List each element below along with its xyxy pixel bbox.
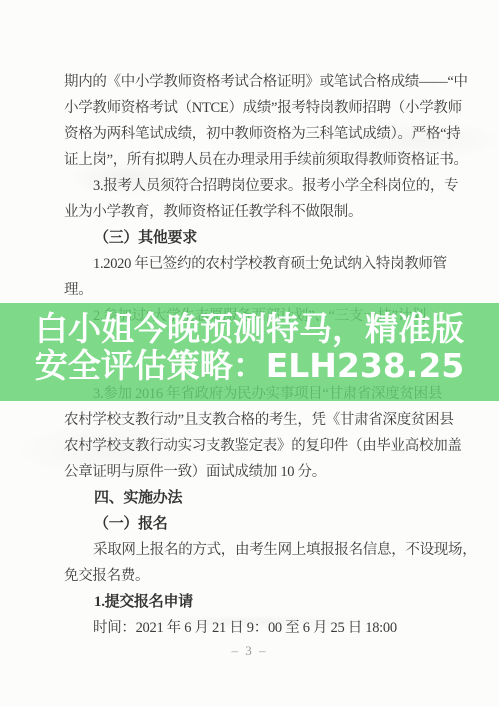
document-line: 农村学校支教行动”且支教合格的考生，凭《甘肃省深度贫困县 — [64, 407, 442, 433]
document-line: 业为小学教育，教师资格证任教学科不做限制。 — [64, 199, 442, 225]
document-page: 期内的《中小学教师资格考试合格证明》或笔试合格成绩——“中 小学教师资格考试（N… — [0, 0, 499, 706]
document-line: 免交报名费。 — [64, 563, 442, 589]
section-heading: （一）报名 — [64, 511, 442, 537]
section-heading: （三）其他要求 — [64, 225, 442, 251]
promo-overlay-text: 白小姐今晚预测特马，精准版 安全评估策略：ELH238.25 — [0, 303, 499, 384]
document-line: 公章证明与原件一致）面试成绩加 10 分。 — [64, 459, 442, 485]
document-line: 3.报考人员须符合招聘岗位要求。报考小学全科岗位的，专 — [64, 173, 442, 199]
document-line: 1.2020 年已签约的农村学校教育硕士免试纳入特岗教师管 — [64, 251, 442, 277]
promo-overlay-line1: 白小姐今晚预测特马，精准版 — [0, 310, 499, 347]
document-line: 采取网上报名的方式，由考生网上填报报名信息，不设现场， — [64, 537, 442, 563]
promo-overlay-band: 白小姐今晚预测特马，精准版 安全评估策略：ELH238.25 — [0, 303, 499, 401]
section-heading: 四、实施办法 — [64, 485, 442, 511]
document-line: 理。 — [64, 277, 442, 303]
document-line: 证上岗”，所有拟聘人员在办理录用手续前须取得教师资格证书。 — [64, 147, 442, 173]
promo-overlay-line2: 安全评估策略：ELH238.25 — [0, 347, 499, 384]
document-line: 期内的《中小学教师资格考试合格证明》或笔试合格成绩——“中 — [64, 69, 442, 95]
document-line: 资格为两科笔试成绩，初中教师资格为三科笔试成绩）。严格“持 — [64, 121, 442, 147]
section-heading: 1.提交报名申请 — [64, 589, 442, 615]
document-line: 时间：2021 年 6 月 21 日 9：00 至 6 月 25 日 18:00 — [64, 615, 442, 641]
document-line: 农村学校支教行动实习支教鉴定表》的复印件（由毕业高校加盖 — [64, 433, 442, 459]
document-line: 小学教师资格考试（NTCE）成绩”报考特岗教师招聘（小学教师 — [64, 95, 442, 121]
page-number: – 3 – — [0, 642, 499, 660]
